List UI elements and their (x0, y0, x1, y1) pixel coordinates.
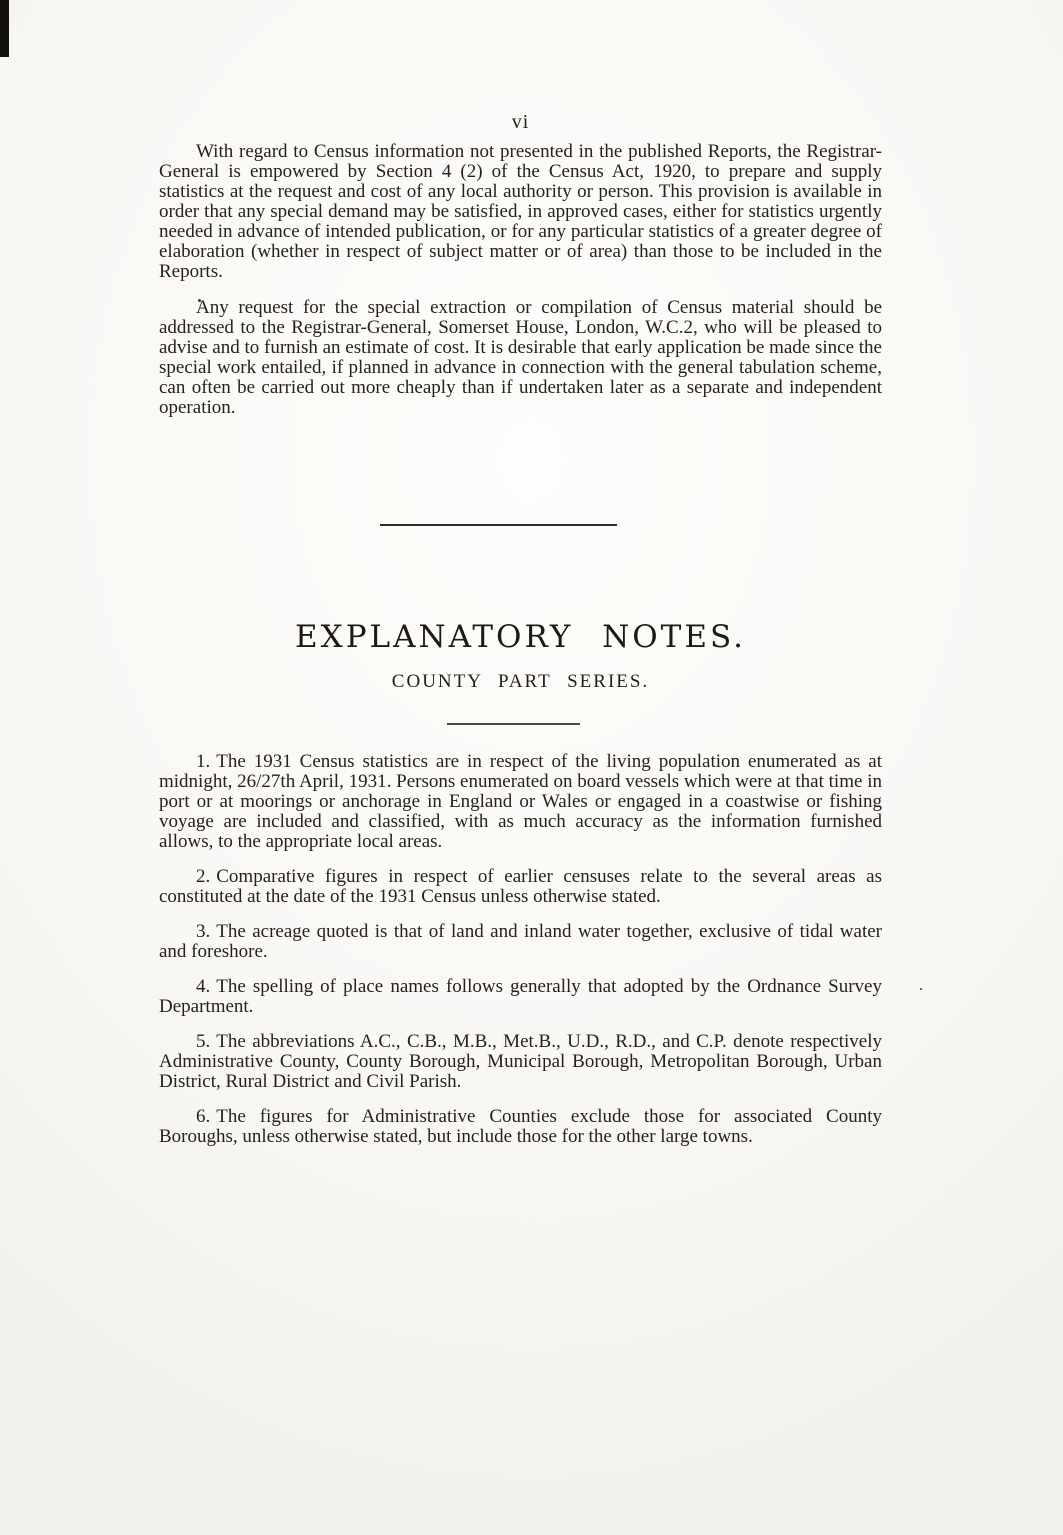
intro-section: With regard to Census information not pr… (159, 142, 882, 434)
note-number: 3. (196, 921, 210, 942)
note-text: The 1931 Census statistics are in respec… (159, 751, 882, 852)
note-number: 1. (196, 751, 210, 772)
section-title: EXPLANATORY NOTES. (159, 617, 882, 657)
page-number: vi (159, 110, 882, 134)
note-item: 1.The 1931 Census statistics are in resp… (159, 752, 882, 852)
note-text: The acreage quoted is that of land and i… (159, 921, 882, 962)
note-item: 4.The spelling of place names follows ge… (159, 977, 882, 1017)
notes-section: 1.The 1931 Census statistics are in resp… (159, 752, 882, 1162)
scan-edge-mark (0, 0, 9, 57)
note-item: 2.Comparative figures in respect of earl… (159, 867, 882, 907)
intro-paragraph: With regard to Census information not pr… (159, 142, 882, 282)
note-number: 5. (196, 1031, 210, 1052)
note-item: 5.The abbreviations A.C., C.B., M.B., Me… (159, 1032, 882, 1092)
note-text: The abbreviations A.C., C.B., M.B., Met.… (159, 1031, 882, 1092)
note-text: The spelling of place names follows gene… (159, 976, 882, 1017)
note-number: 4. (196, 976, 210, 997)
note-item: 3.The acreage quoted is that of land and… (159, 922, 882, 962)
scan-speck (920, 988, 922, 990)
document-page: vi With regard to Census information not… (0, 0, 1063, 1535)
note-item: 6.The figures for Administrative Countie… (159, 1107, 882, 1147)
note-text: The figures for Administrative Counties … (159, 1106, 882, 1147)
note-number: 6. (196, 1106, 210, 1127)
section-subtitle: COUNTY PART SERIES. (159, 670, 882, 694)
divider-rule (380, 524, 617, 526)
divider-rule-short (447, 723, 580, 725)
intro-paragraph: Any request for the special extraction o… (159, 298, 882, 418)
note-number: 2. (196, 866, 210, 887)
note-text: Comparative figures in respect of earlie… (159, 866, 882, 907)
scan-speck (198, 299, 201, 302)
